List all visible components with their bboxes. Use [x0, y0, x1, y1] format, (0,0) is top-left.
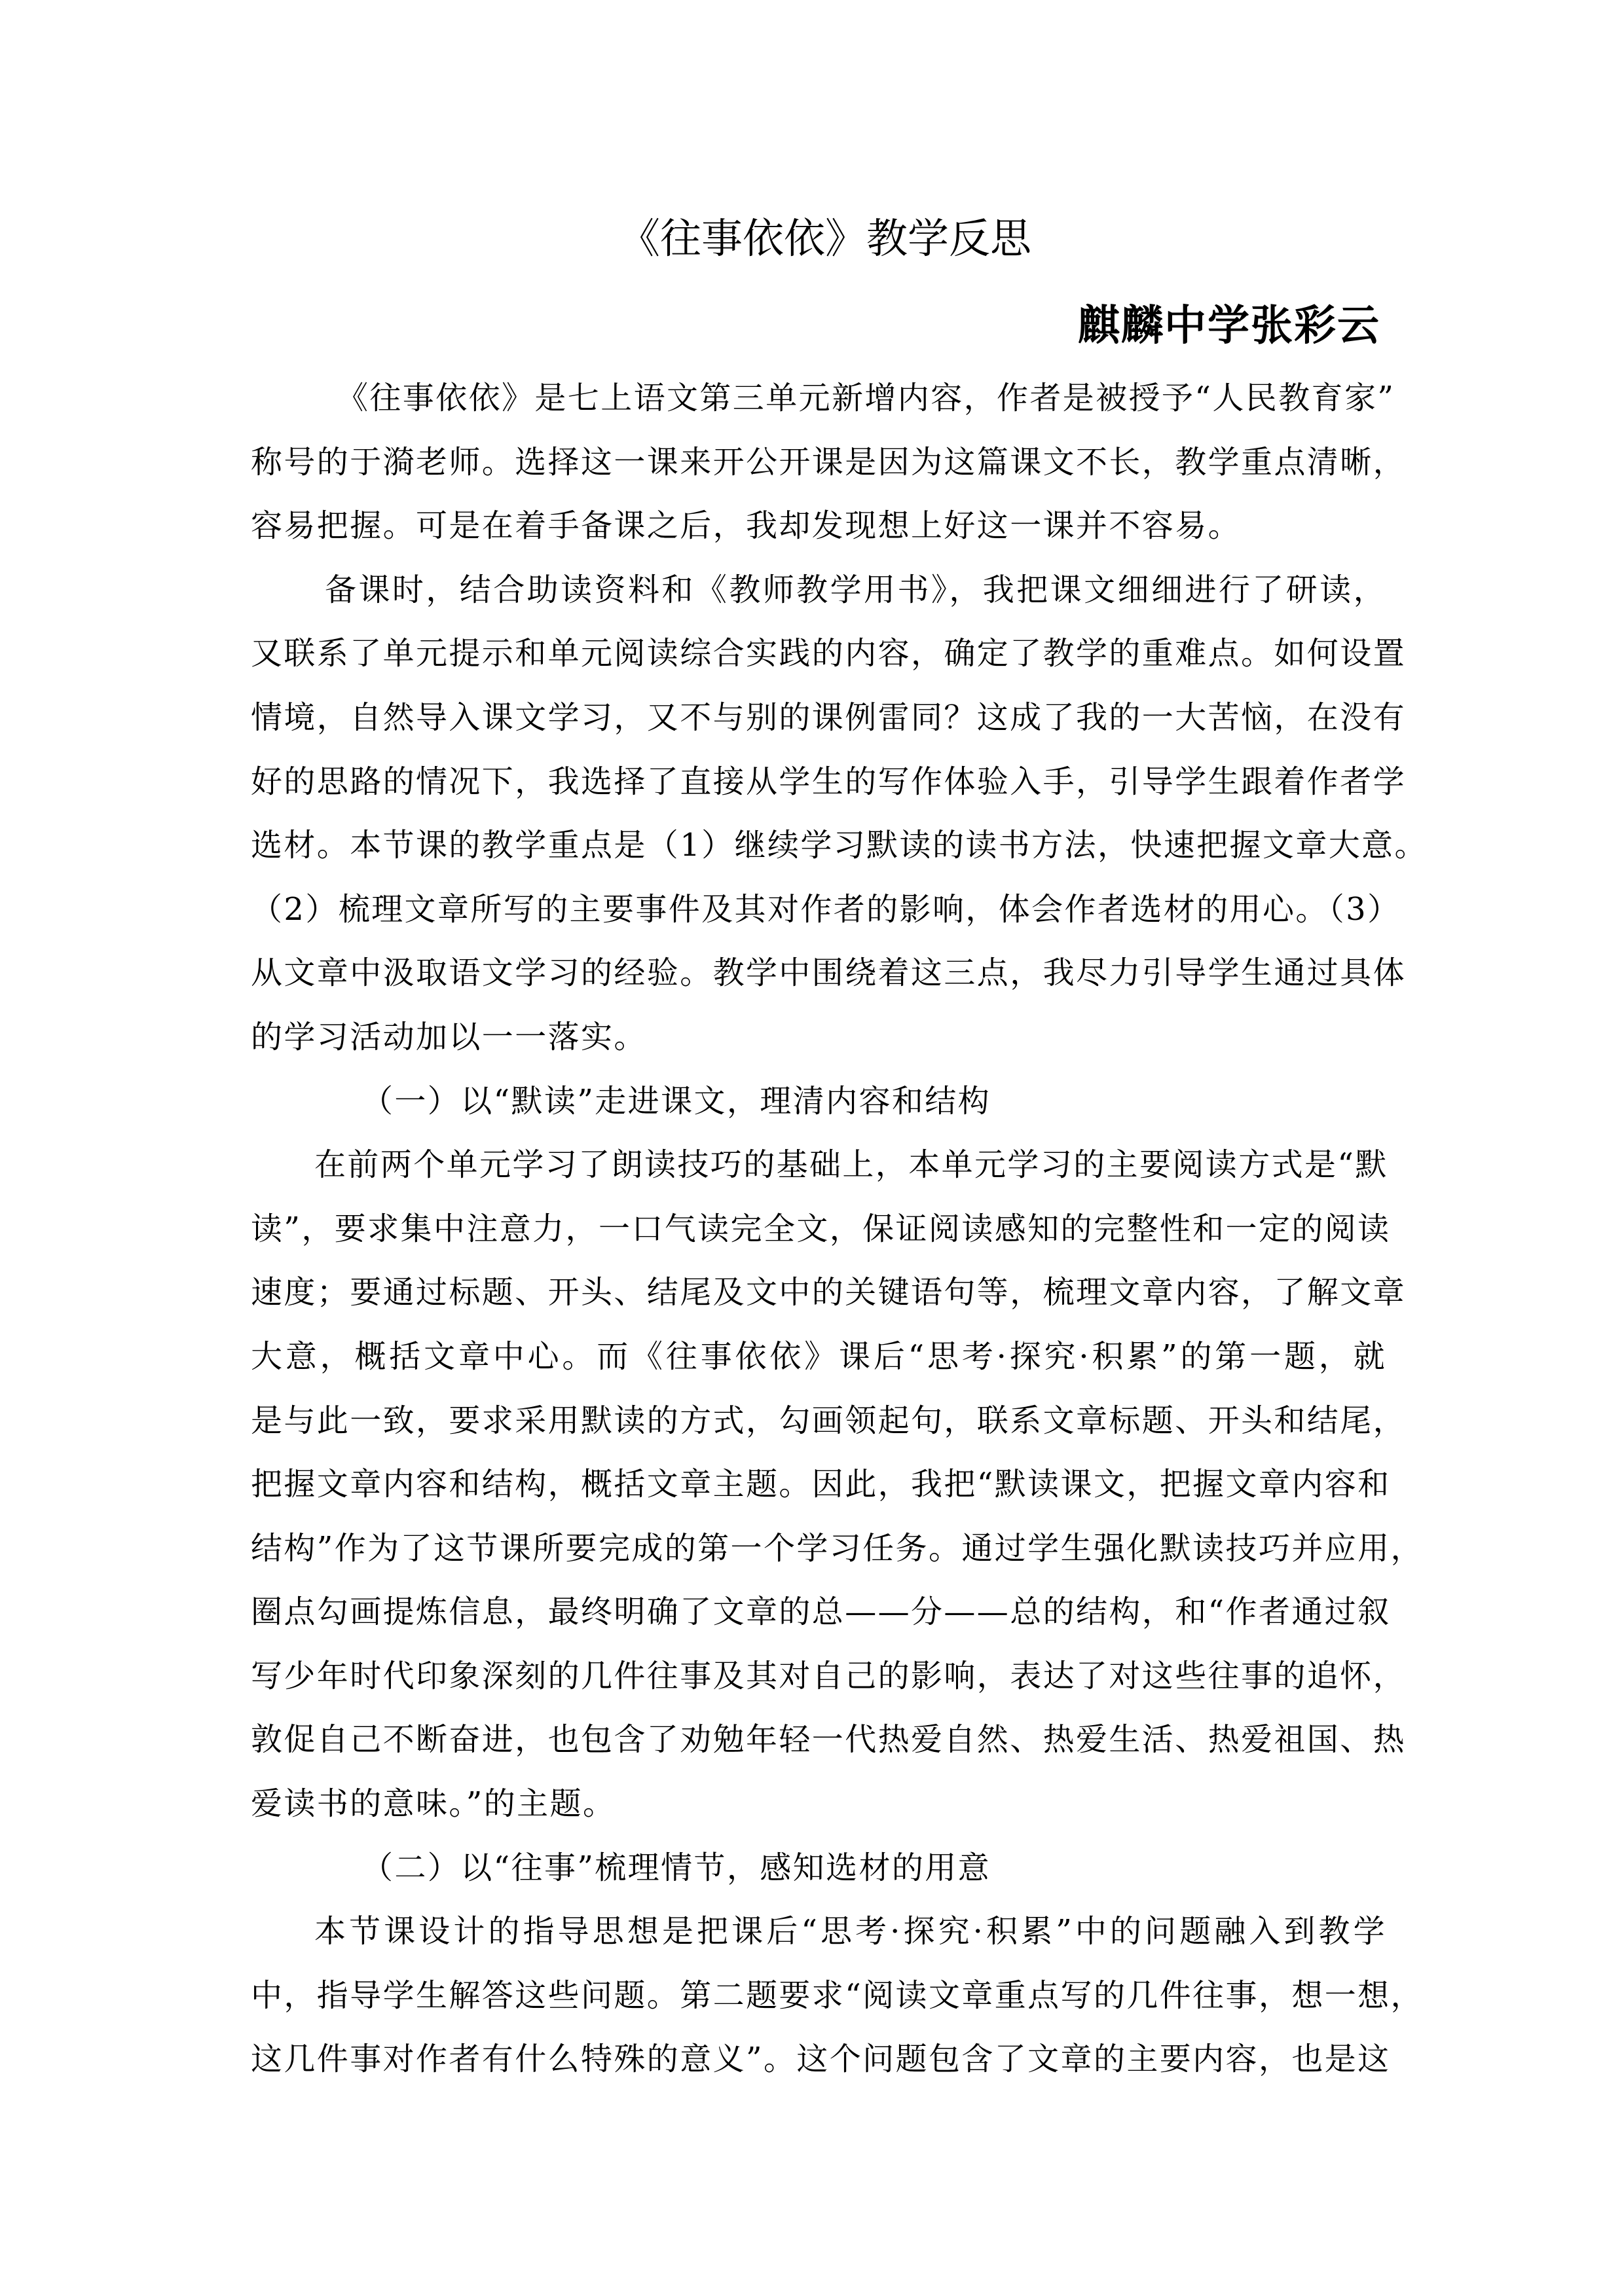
text-line: 好的思路的情况下，我选择了直接从学生的写作体验入手，引导学生跟着作者学 — [251, 750, 1386, 814]
text-line: 容易把握。可是在着手备课之后，我却发现想上好这一课并不容易。 — [251, 494, 1386, 558]
paragraph-silent-reading: 在前两个单元学习了朗读技巧的基础上，本单元学习的主要阅读方式是“默 读”，要求集… — [251, 1133, 1386, 1836]
text-line: 又联系了单元提示和单元阅读综合实践的内容，确定了教学的重难点。如何设置 — [251, 622, 1386, 686]
document-body: 《往事依依》是七上语文第三单元新增内容，作者是被授予“人民教育家” 称号的于漪老… — [251, 367, 1386, 2092]
paragraph-intro: 《往事依依》是七上语文第三单元新增内容，作者是被授予“人民教育家” 称号的于漪老… — [251, 367, 1386, 558]
text-line: 备课时，结合助读资料和《教师教学用书》，我把课文细细进行了研读， — [251, 558, 1386, 623]
text-line: 从文章中汲取语文学习的经验。教学中围绕着这三点，我尽力引导学生通过具体 — [251, 941, 1386, 1006]
text-line: 情境，自然导入课文学习，又不与别的课例雷同？这成了我的一大苦恼，在没有 — [251, 686, 1386, 750]
text-line: 中，指导学生解答这些问题。第二题要求“阅读文章重点写的几件往事，想一想， — [251, 1964, 1386, 2028]
section-heading-1: （一）以“默读”走进课文，理清内容和结构 — [251, 1070, 1386, 1134]
section-heading-2: （二）以“往事”梳理情节，感知选材的用意 — [251, 1836, 1386, 1901]
document-page: 《往事依依》教学反思 麒麟中学张彩云 《往事依依》是七上语文第三单元新增内容，作… — [0, 0, 1624, 2296]
text-line: 结构”作为了这节课所要完成的第一个学习任务。通过学生强化默读技巧并应用， — [251, 1517, 1386, 1581]
paragraph-past-events: 本节课设计的指导思想是把课后“思考·探究·积累”中的问题融入到教学 中，指导学生… — [251, 1900, 1386, 2092]
text-line: 称号的于漪老师。选择这一课来开公开课是因为这篇课文不长，教学重点清晰， — [251, 431, 1386, 495]
text-line: 大意，概括文章中心。而《往事依依》课后“思考·探究·积累”的第一题，就 — [251, 1325, 1386, 1389]
paragraph-lesson-prep: 备课时，结合助读资料和《教师教学用书》，我把课文细细进行了研读， 又联系了单元提… — [251, 558, 1386, 1070]
text-line: 的学习活动加以一一落实。 — [251, 1006, 1386, 1070]
text-line: 敦促自己不断奋进，也包含了劝勉年轻一代热爱自然、热爱生活、热爱祖国、热 — [251, 1708, 1386, 1772]
text-line: 《往事依依》是七上语文第三单元新增内容，作者是被授予“人民教育家” — [251, 367, 1386, 431]
text-line: 这几件事对作者有什么特殊的意义”。这个问题包含了文章的主要内容，也是这 — [251, 2028, 1386, 2092]
text-line: 读”，要求集中注意力，一口气读完全文，保证阅读感知的完整性和一定的阅读 — [251, 1197, 1386, 1262]
document-title: 《往事依依》教学反思 — [0, 213, 1624, 265]
text-line: 写少年时代印象深刻的几件往事及其对自己的影响，表达了对这些往事的追怀， — [251, 1645, 1386, 1709]
text-line: （2）梳理文章所写的主要事件及其对作者的影响，体会作者选材的用心。（3） — [251, 878, 1386, 942]
author-byline: 麒麟中学张彩云 — [1078, 300, 1380, 352]
text-line: 圈点勾画提炼信息，最终明确了文章的总——分——总的结构，和“作者通过叙 — [251, 1580, 1386, 1645]
text-line: 爱读书的意味。”的主题。 — [251, 1772, 1386, 1836]
text-line: 在前两个单元学习了朗读技巧的基础上，本单元学习的主要阅读方式是“默 — [251, 1133, 1386, 1197]
text-line: 速度；要通过标题、开头、结尾及文中的关键语句等，梳理文章内容，了解文章 — [251, 1261, 1386, 1325]
text-line: 是与此一致，要求采用默读的方式，勾画领起句，联系文章标题、开头和结尾， — [251, 1389, 1386, 1453]
text-line: 本节课设计的指导思想是把课后“思考·探究·积累”中的问题融入到教学 — [251, 1900, 1386, 1964]
section-heading-text: （二）以“往事”梳理情节，感知选材的用意 — [251, 1836, 1386, 1901]
text-line: 选材。本节课的教学重点是（1）继续学习默读的读书方法，快速把握文章大意。 — [251, 814, 1386, 878]
section-heading-text: （一）以“默读”走进课文，理清内容和结构 — [251, 1070, 1386, 1134]
text-line: 把握文章内容和结构，概括文章主题。因此，我把“默读课文，把握文章内容和 — [251, 1453, 1386, 1517]
